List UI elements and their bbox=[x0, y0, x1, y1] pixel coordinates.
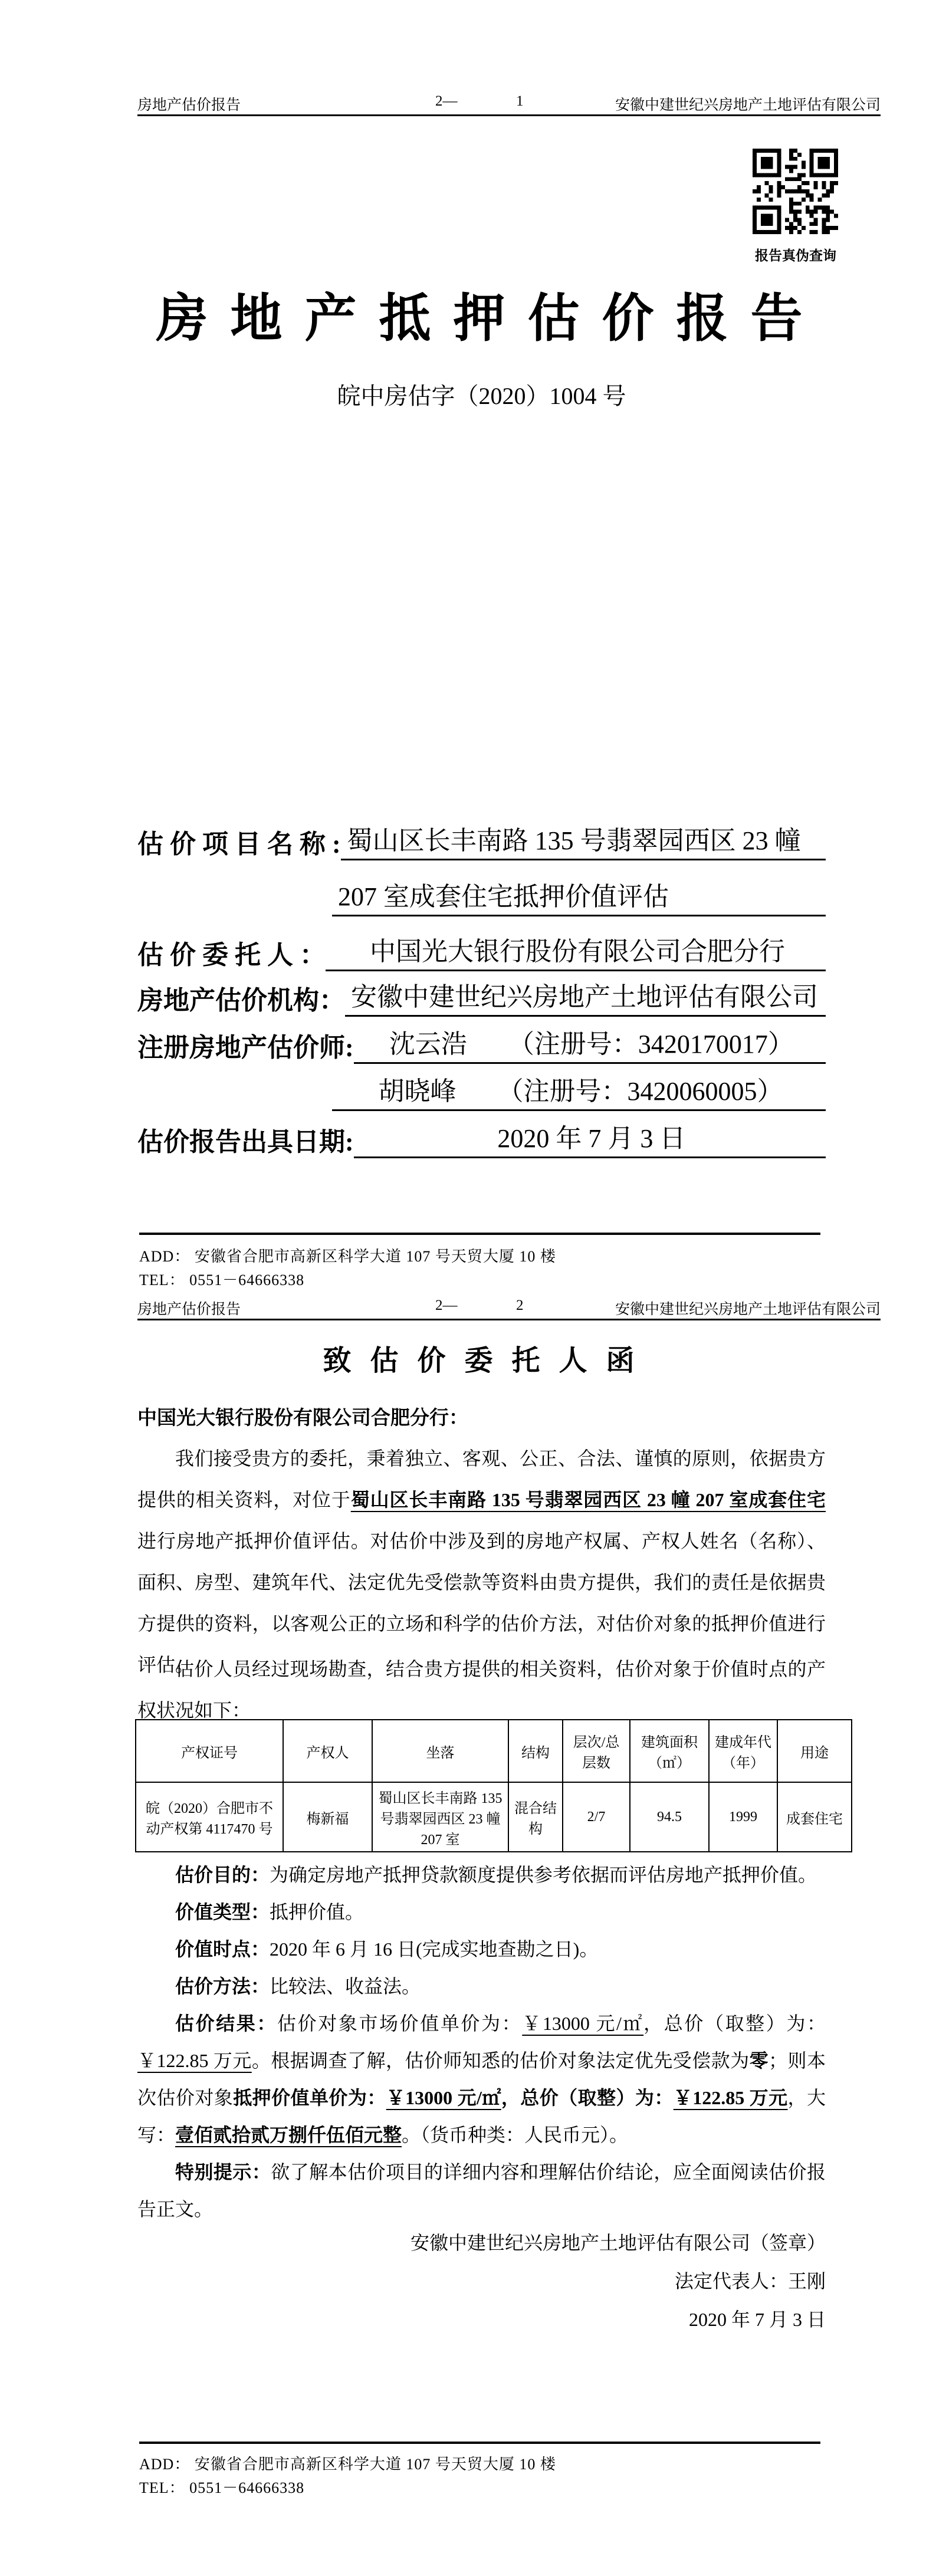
result-mortgage-total-price: ￥122.85 万元 bbox=[674, 2087, 788, 2108]
header-page-total: 2— bbox=[435, 93, 458, 110]
header-doc-type: 房地产估价报告 bbox=[137, 93, 241, 114]
result-label: 估价结果： bbox=[175, 2013, 277, 2034]
header-page-number: 2 bbox=[516, 1297, 524, 1314]
info-line-appraiser-2: 胡晓峰（注册号：3420060005） bbox=[137, 1073, 826, 1111]
value-date-text: 2020 年 6 月 16 日(完成实地查勘之日)。 bbox=[270, 1938, 598, 1960]
value-date-label: 价值时点： bbox=[175, 1938, 270, 1960]
page2-header-rule bbox=[137, 1319, 881, 1320]
col-header-use: 用途 bbox=[777, 1720, 852, 1782]
cell-owner: 梅新福 bbox=[283, 1782, 372, 1852]
appraiser-2-value: 胡晓峰（注册号：3420060005） bbox=[332, 1070, 826, 1111]
page2-footer-rule bbox=[139, 2442, 820, 2444]
appraiser-1-name: 沈云浩 bbox=[389, 1023, 467, 1060]
signature-date: 2020 年 7 月 3 日 bbox=[137, 2305, 920, 2332]
project-label: 估 价 项 目 名 称 : bbox=[137, 823, 341, 860]
section-result: 估价结果：估价对象市场价值单价为：￥13000 元/㎡，总价（取整）为：￥122… bbox=[137, 2005, 826, 2154]
para1-subject-property: 蜀山区长丰南路 135 号翡翠园西区 23 幢 207 室成套住宅 bbox=[351, 1489, 826, 1510]
col-header-owner: 产权人 bbox=[283, 1720, 372, 1782]
page2-running-header: 房地产估价报告 2— 2 安徽中建世纪兴房地产土地评估有限公司 bbox=[137, 1297, 881, 1316]
result-run-3: ，总价（取整）为： bbox=[643, 2013, 826, 2034]
qr-caption: 报告真伪查询 bbox=[753, 245, 839, 264]
header-rule bbox=[137, 114, 881, 116]
qr-code-icon bbox=[753, 149, 838, 234]
report-title: 房 地 产 抵 押 估 价 报 告 bbox=[137, 277, 826, 351]
appraiser-label: 注册房地产估价师: bbox=[137, 1026, 354, 1064]
section-value-type: 价值类型：抵押价值。 bbox=[137, 1894, 826, 1931]
table-row: 皖（2020）合肥市不动产权第 4117470 号 梅新福 蜀山区长丰南路 13… bbox=[136, 1782, 852, 1852]
appraiser-2-name: 胡晓峰 bbox=[379, 1070, 456, 1108]
info-line-issue-date: 估价报告出具日期: 2020 年 7 月 3 日 bbox=[137, 1121, 826, 1158]
info-line-project: 估 价 项 目 名 称 : 蜀山区长丰南路 135 号翡翠园西区 23 幢 bbox=[137, 823, 826, 860]
result-mortgage-unit-price: ￥13000 元/㎡ bbox=[386, 2087, 501, 2108]
cell-year: 1999 bbox=[709, 1782, 777, 1852]
letter-salutation: 中国光大银行股份有限公司合肥分行： bbox=[137, 1402, 826, 1430]
result-amount-in-words: 壹佰贰拾贰万捌仟伍佰元整 bbox=[175, 2124, 402, 2145]
page2-footer-address: ADD： 安徽省合肥市高新区科学大道 107 号天贸大厦 10 楼 bbox=[139, 2452, 556, 2474]
col-header-cert-no: 产权证号 bbox=[136, 1720, 283, 1782]
letter-paragraph-2: 估价人员经过现场勘查，结合贵方提供的相关资料，估价对象于价值时点的产权状况如下： bbox=[137, 1648, 826, 1731]
result-run-1: 估价对象市场价值单价为： bbox=[277, 2013, 522, 2034]
result-run-5: 。根据调查了解，估价师知悉的估价对象法定优先受偿款为 bbox=[252, 2050, 750, 2071]
signature-legal-representative: 法定代表人：王刚 bbox=[137, 2266, 935, 2294]
col-header-location: 坐落 bbox=[372, 1720, 508, 1782]
cell-floor: 2/7 bbox=[563, 1782, 630, 1852]
header-doc-type: 房地产估价报告 bbox=[137, 1297, 241, 1319]
cell-cert-no: 皖（2020）合肥市不动产权第 4117470 号 bbox=[136, 1782, 283, 1852]
result-market-total-price: ￥122.85 万元 bbox=[137, 2050, 252, 2071]
report-doc-number: 皖中房估字（2020）1004 号 bbox=[137, 377, 826, 411]
result-run-8: 抵押价值单价为： bbox=[233, 2087, 386, 2108]
appraiser-2-regno: （注册号：3420060005） bbox=[498, 1070, 783, 1108]
info-line-appraiser-1: 注册房地产估价师: 沈云浩（注册号：3420170017） bbox=[137, 1026, 826, 1064]
cell-structure: 混合结构 bbox=[508, 1782, 563, 1852]
cell-area: 94.5 bbox=[630, 1782, 709, 1852]
purpose-label: 估价目的： bbox=[175, 1864, 270, 1885]
agency-value: 安徽中建世纪兴房地产土地评估有限公司 bbox=[345, 975, 826, 1017]
special-note-label: 特别提示： bbox=[175, 2161, 271, 2183]
value-type-text: 抵押价值。 bbox=[270, 1901, 364, 1923]
client-label: 估 价 委 托 人 ： bbox=[137, 934, 326, 971]
project-value-line2: 207 室成套住宅抵押价值评估 bbox=[332, 875, 826, 916]
appraisal-report-document: { "page1": { "header": { "doc_type": "房地… bbox=[0, 0, 936, 2576]
col-header-structure: 结构 bbox=[508, 1720, 563, 1782]
info-line-agency: 房地产估价机构： 安徽中建世纪兴房地产土地评估有限公司 bbox=[137, 979, 826, 1017]
col-header-area: 建筑面积（㎡） bbox=[630, 1720, 709, 1782]
value-type-label: 价值类型： bbox=[175, 1901, 270, 1923]
project-value-line1: 蜀山区长丰南路 135 号翡翠园西区 23 幢 bbox=[341, 819, 826, 860]
result-run-14: 。（货币种类：人民币元）。 bbox=[402, 2124, 628, 2145]
signature-company: 安徽中建世纪兴房地产土地评估有限公司（签章） bbox=[137, 2228, 826, 2255]
page2-footer-phone: TEL： 0551－64666338 bbox=[139, 2476, 304, 2498]
section-value-date: 价值时点：2020 年 6 月 16 日(完成实地查勘之日)。 bbox=[137, 1931, 826, 1968]
page1-footer-rule bbox=[139, 1233, 820, 1235]
cell-location: 蜀山区长丰南路 135 号翡翠园西区 23 幢 207 室 bbox=[372, 1782, 508, 1852]
appraiser-1-value: 沈云浩（注册号：3420170017） bbox=[354, 1023, 826, 1064]
issue-date-value: 2020 年 7 月 3 日 bbox=[354, 1117, 826, 1158]
result-zero: 零 bbox=[750, 2050, 768, 2071]
page1-running-header: 房地产估价报告 2— 1 安徽中建世纪兴房地产土地评估有限公司 bbox=[137, 93, 881, 112]
method-text: 比较法、收益法。 bbox=[270, 1976, 421, 1997]
issue-date-label: 估价报告出具日期: bbox=[137, 1121, 354, 1158]
table-header-row: 产权证号 产权人 坐落 结构 层次/总层数 建筑面积（㎡） 建成年代（年） 用途 bbox=[136, 1720, 852, 1782]
col-header-floor: 层次/总层数 bbox=[563, 1720, 630, 1782]
col-header-year: 建成年代（年） bbox=[709, 1720, 777, 1782]
section-purpose: 估价目的：为确定房地产抵押贷款额度提供参考依据而评估房地产抵押价值。 bbox=[137, 1857, 826, 1894]
method-label: 估价方法： bbox=[175, 1976, 270, 1997]
header-company: 安徽中建世纪兴房地产土地评估有限公司 bbox=[615, 1297, 881, 1319]
result-run-10: ，总价（取整）为： bbox=[501, 2087, 674, 2108]
cell-use: 成套住宅 bbox=[777, 1782, 852, 1852]
page1-footer-address: ADD： 安徽省合肥市高新区科学大道 107 号天贸大厦 10 楼 bbox=[139, 1244, 556, 1266]
section-method: 估价方法：比较法、收益法。 bbox=[137, 1968, 826, 2005]
agency-label: 房地产估价机构： bbox=[137, 979, 345, 1017]
result-market-unit-price: ￥13000 元/㎡ bbox=[522, 2013, 643, 2034]
header-company: 安徽中建世纪兴房地产土地评估有限公司 bbox=[615, 93, 881, 114]
qr-block: 报告真伪查询 bbox=[753, 149, 839, 264]
info-line-client: 估 价 委 托 人 ： 中国光大银行股份有限公司合肥分行 bbox=[137, 934, 826, 971]
info-line-project-2: 207 室成套住宅抵押价值评估 bbox=[137, 879, 826, 916]
client-value: 中国光大银行股份有限公司合肥分行 bbox=[326, 930, 826, 971]
property-rights-table: 产权证号 产权人 坐落 结构 层次/总层数 建筑面积（㎡） 建成年代（年） 用途… bbox=[135, 1719, 852, 1852]
letter-title: 致 估 价 委 托 人 函 bbox=[137, 1338, 826, 1378]
page1-footer-phone: TEL： 0551－64666338 bbox=[139, 1268, 304, 1290]
header-page-number: 1 bbox=[516, 93, 524, 110]
section-special-note: 特别提示：欲了解本估价项目的详细内容和理解估价结论，应全面阅读估价报告正文。 bbox=[137, 2154, 826, 2228]
header-page-total: 2— bbox=[435, 1297, 458, 1314]
purpose-text: 为确定房地产抵押贷款额度提供参考依据而评估房地产抵押价值。 bbox=[270, 1864, 817, 1885]
appraiser-1-regno: （注册号：3420170017） bbox=[508, 1023, 794, 1060]
